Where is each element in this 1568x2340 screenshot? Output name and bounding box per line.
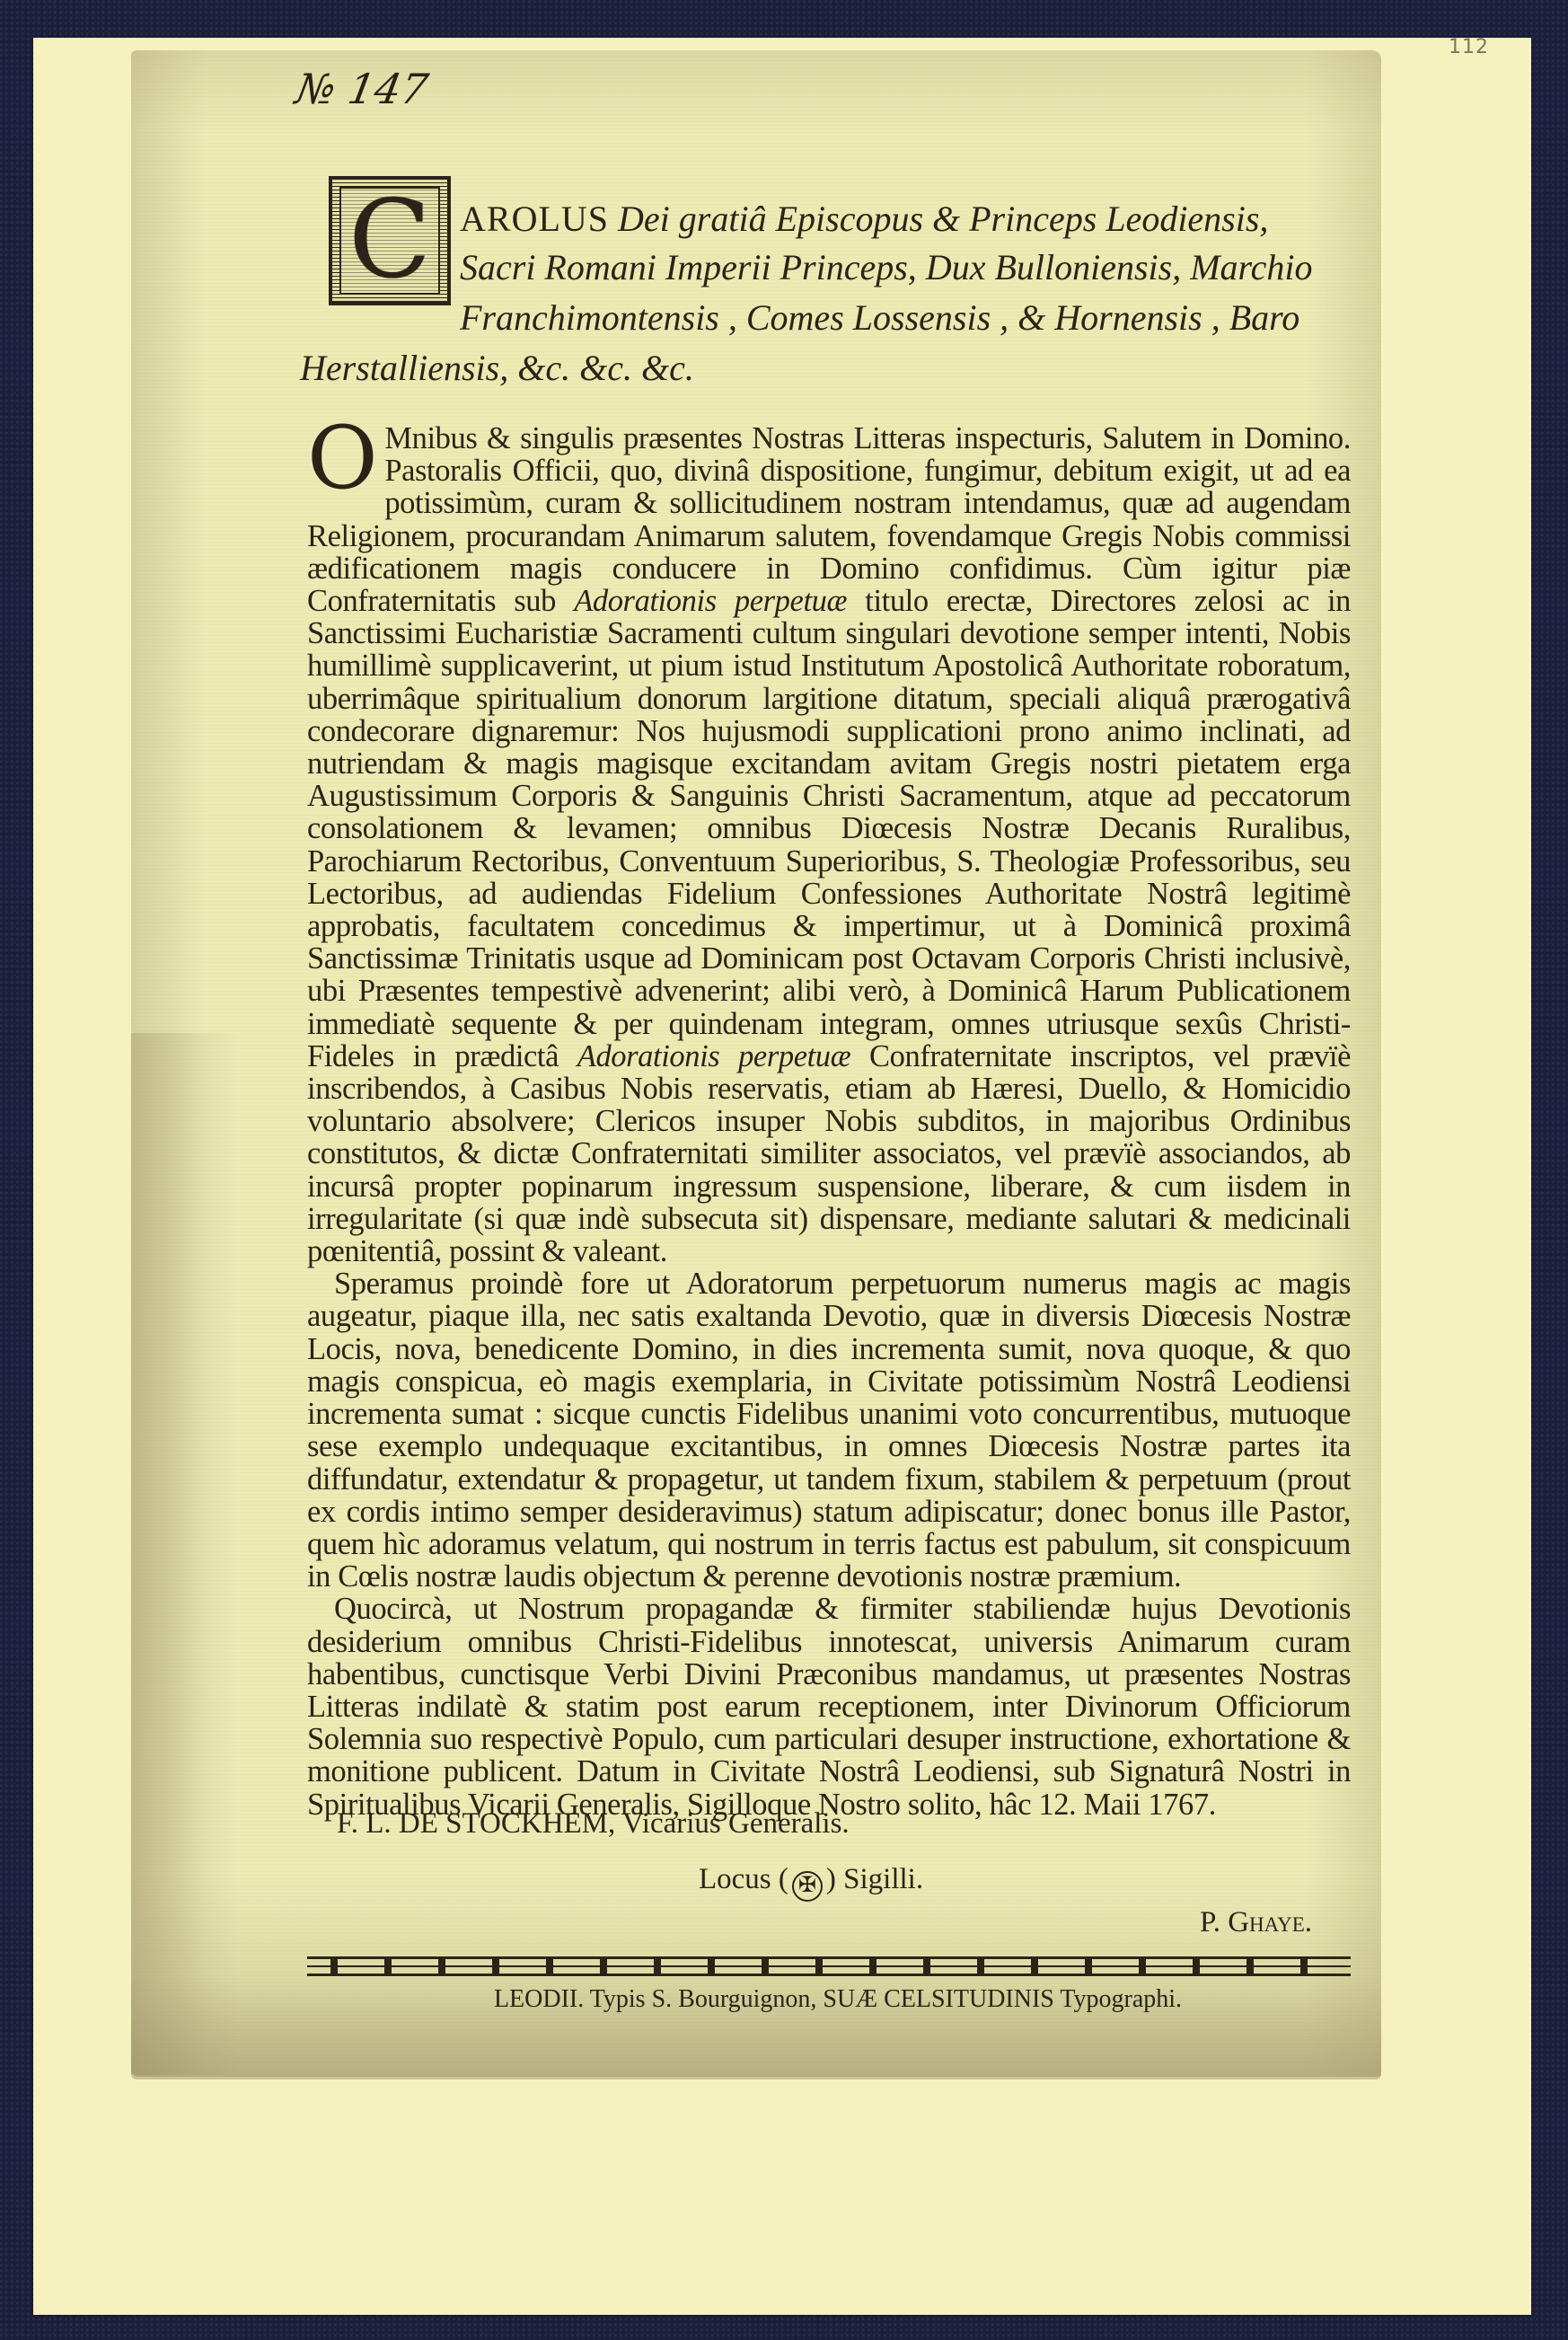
paragraph-3: Quocircà, ut Nostrum propagandæ & firmit…	[307, 1593, 1351, 1820]
initial-frame: C	[339, 187, 440, 295]
cross-seal-icon: ✠	[792, 1871, 823, 1902]
mandate-body: OMnibus & singulis præsentes Nostras Lit…	[307, 422, 1351, 1821]
drop-cap: O	[307, 424, 377, 492]
paragraph-1-text-b: titulo erectæ, Directores zelosi ac in S…	[307, 584, 1351, 1073]
decorated-initial: C	[329, 176, 451, 305]
heading-line-3: Franchimontensis , Comes Lossensis , & H…	[460, 296, 1299, 340]
paragraph-1-text-c: Confraternitate inscriptos, vel prævïè i…	[307, 1039, 1351, 1268]
seal-label-left: Locus (	[699, 1863, 788, 1895]
paragraph-1: OMnibus & singulis præsentes Nostras Lit…	[307, 422, 1351, 1267]
vicar-signature: F. L. DE STOCKHEM, Vicarius Generalis.	[337, 1807, 850, 1841]
heading-title: Dei gratiâ Episcopus & Princeps Leodiens…	[618, 199, 1268, 239]
ornamental-rule	[307, 1956, 1351, 1976]
seal-line: Locus (✠) Sigilli.	[699, 1863, 923, 1902]
seal-label-right: ) Sigilli.	[826, 1863, 923, 1895]
handwritten-number: № 147	[292, 65, 431, 113]
italic-phrase: Adorationis perpetuæ	[577, 1039, 851, 1073]
italic-phrase: Adorationis perpetuæ	[574, 584, 847, 618]
corner-folio-number: 112	[1449, 36, 1489, 58]
printer-imprint: LEODII. Typis S. Bourguignon, SUÆ CELSIT…	[0, 1985, 1568, 2014]
document-content: № 147 112 C AROLUS Dei gratiâ Episcopus …	[0, 0, 1568, 2340]
heading-line-4: Herstalliensis, &c. &c. &c.	[300, 347, 694, 390]
heading-name: AROLUS	[460, 199, 609, 239]
heading-line-1: AROLUS Dei gratiâ Episcopus & Princeps L…	[460, 198, 1268, 241]
initial-letter: C	[348, 187, 431, 295]
heading-line-2: Sacri Romani Imperii Princeps, Dux Bullo…	[460, 246, 1313, 289]
secretary-signature: P. Ghaye.	[1200, 1906, 1312, 1939]
paragraph-2: Speramus proindè fore ut Adoratorum perp…	[307, 1267, 1351, 1593]
